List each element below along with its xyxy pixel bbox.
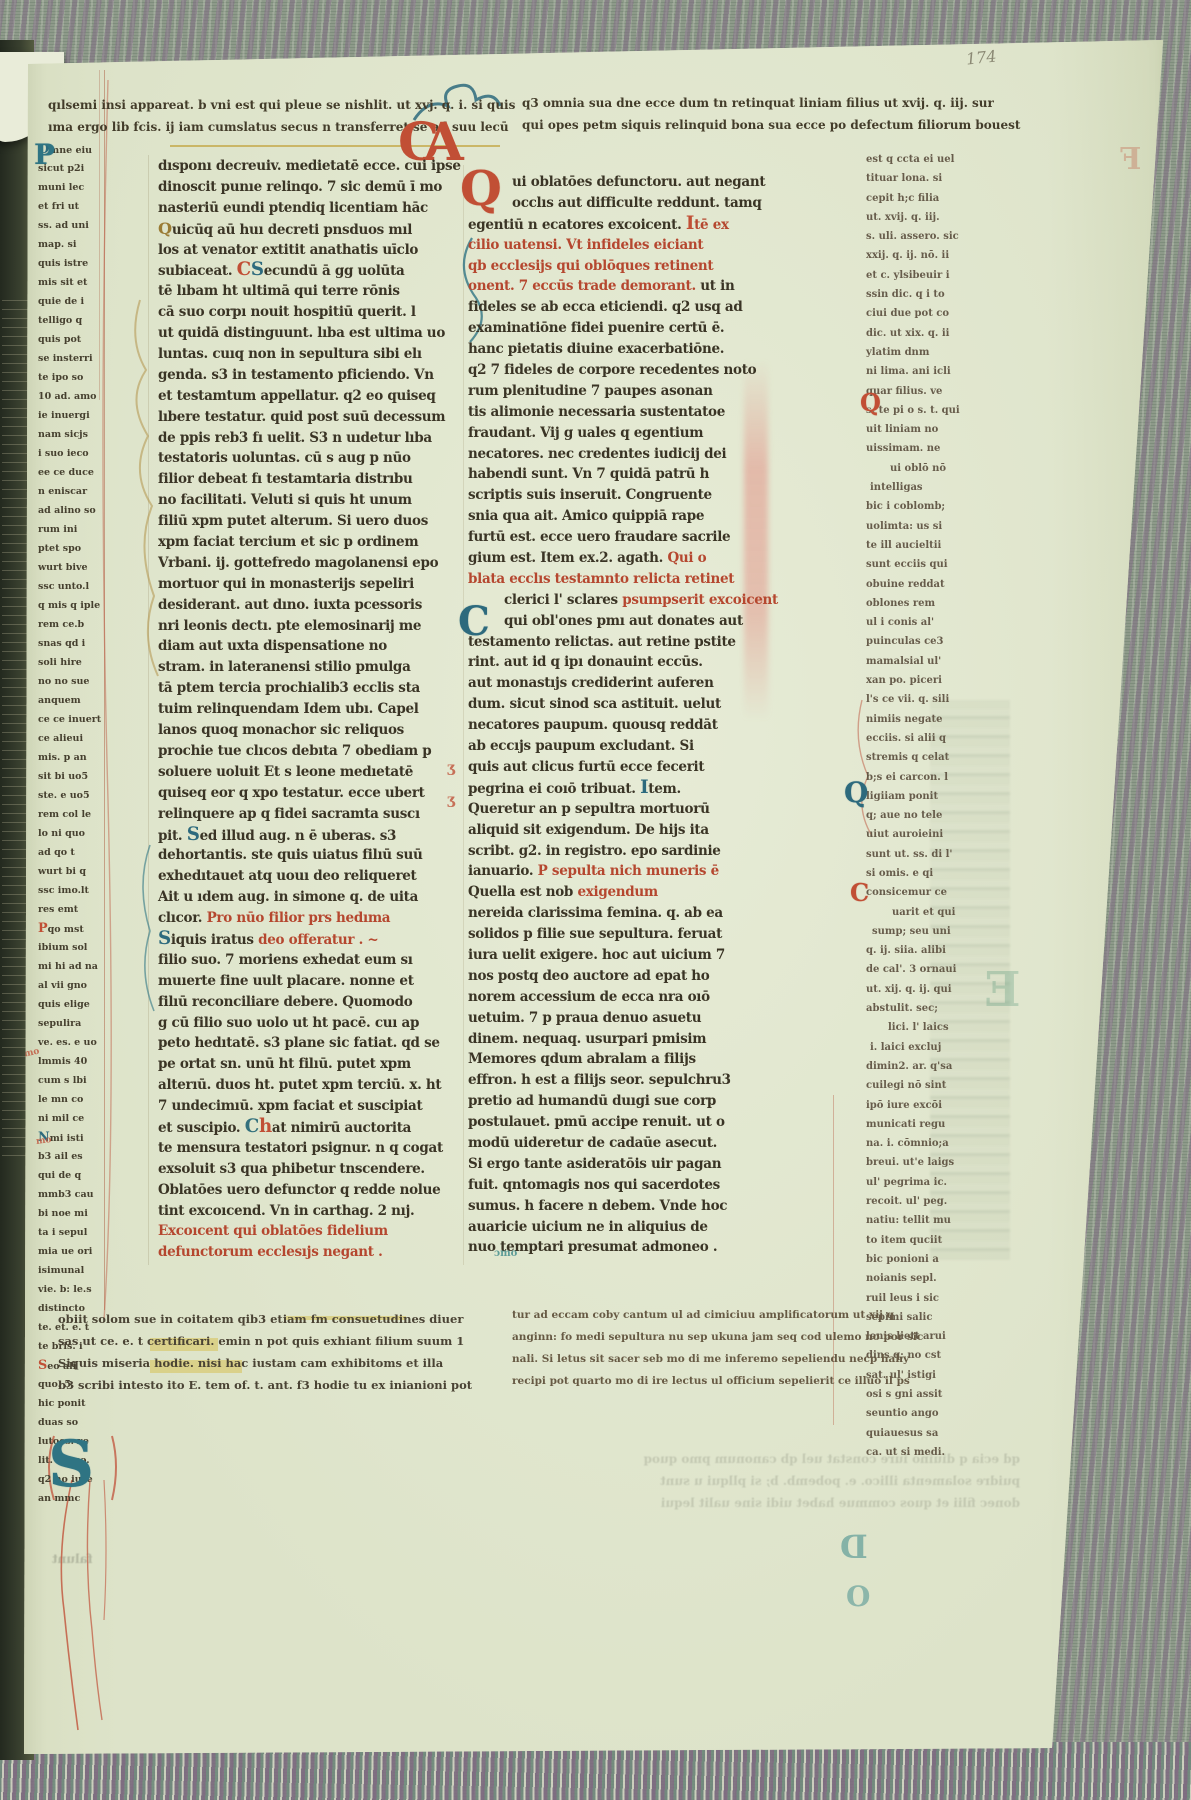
text-line: sat. ul' istigi <box>866 1366 966 1385</box>
text-line: examinatiōne fidei puenire certū ē. <box>468 318 750 339</box>
text-line: te mensura testatori psignur. n q cogat <box>158 1138 470 1159</box>
text-line: modū uideretur de cadaūe asecut. <box>468 1133 750 1154</box>
text-line: bic i coblomb; <box>866 497 966 516</box>
folio-number: 174 <box>965 46 997 68</box>
ruling-line <box>463 165 464 1265</box>
text-line: los at venator extitit anathatis uīclo <box>158 240 470 261</box>
text-line: ss. ad uni <box>38 216 130 235</box>
text-line: b3 scribi intesto ito E. tem of. t. ant.… <box>58 1374 458 1396</box>
text-line: nereida clarissima femina. q. ab ea <box>468 903 750 924</box>
text-line: i. laici excluj <box>866 1038 966 1057</box>
text-line: s. te pi o s. t. qui <box>866 401 966 420</box>
text-line: ui oblatōes defunctoru. aut negant <box>468 172 750 193</box>
text-line: stram. in lateranensi stilio pmulga <box>158 657 470 678</box>
text-line: q mis q iple <box>38 596 130 615</box>
text-line: obuine reddat <box>866 575 966 594</box>
text-line: Si ergo tante asideratōis uir pagan <box>468 1154 750 1175</box>
text-line: ul' pegrima ic. <box>866 1173 966 1192</box>
text-line: lıbere testatur. quid post suū decessum <box>158 407 470 428</box>
text-line: noianis sepl. <box>866 1269 966 1288</box>
text-line: rint. aut id q ipı donauint eccūs. <box>468 652 750 673</box>
text-line: ul i conis al' <box>866 613 966 632</box>
text-line: consicemur ce <box>866 883 966 902</box>
red-tail <box>87 1480 102 1720</box>
text-line: snas qd i <box>38 634 130 653</box>
text-line: desiderant. aut dıno. iuxta pcessoris <box>158 595 470 616</box>
text-line: rum plenitudine 7 paupes asonan <box>468 381 750 402</box>
text-line: uolimta: us si <box>866 517 966 536</box>
text-line: 10 ad. amo <box>38 387 130 406</box>
text-line: breui. ut'e laigs <box>866 1153 966 1172</box>
showthrough-initial: E <box>984 962 1021 1018</box>
text-line: postulauet. pmū accipe renuit. ut o <box>468 1112 750 1133</box>
text-line: Pqo mst <box>38 919 130 938</box>
text-line: cum s lbi <box>38 1071 130 1090</box>
text-line: scriptis suis inseruit. Congruente <box>468 485 750 506</box>
text-line: exsoluit s3 qua phibetur tnscendere. <box>158 1159 470 1180</box>
showthrough-texture <box>930 700 1010 1260</box>
text-line: sumus. h facere n debem. Vnde hoc <box>468 1196 750 1217</box>
text-line: no facilitati. Veluti si quis ht unum <box>158 490 470 511</box>
text-line: ylatim dnm <box>866 343 966 362</box>
gold-filigree <box>135 300 158 676</box>
text-line: dimin2. ar. q'sa <box>866 1057 966 1076</box>
blue-filigree <box>143 845 154 1011</box>
text-line: q2 7 fideles de corpore recedentes noto <box>468 360 750 381</box>
text-line: quo. 5. <box>38 1375 130 1394</box>
text-line: occlıs aut difficulte reddunt. tamq <box>468 193 750 214</box>
text-line: quiseq eor q xpo testatur. ecce ubert <box>158 783 470 804</box>
text-line: ianuario. P sepulta nich muneris ē <box>468 861 750 882</box>
text-line: Excoıcent qui oblatōes fidelium <box>158 1221 470 1242</box>
text-line: dum. sicut sinod sca astituit. uelut <box>468 694 750 715</box>
text-line: peto hedıtatē. s3 plane sic fatiat. qd s… <box>158 1033 470 1054</box>
text-line: dins q; no cst <box>866 1346 966 1365</box>
text-line: uiut auroieini <box>866 825 966 844</box>
text-line: ie inuergi <box>38 406 130 425</box>
text-line: Oblatōes uero defunctor q redde nolue <box>158 1180 470 1201</box>
text-line: dehortantis. ste quis uiatus filıū suū <box>158 845 470 866</box>
text-line: 7 undecimıū. xpm faciat et suscipiat <box>158 1096 470 1117</box>
text-line: recipi pot quarto mo di ire lectus ul of… <box>512 1370 912 1392</box>
text-line: mis sit et <box>38 273 130 292</box>
text-line: obiit solom sue in coitatem qib3 etiam f… <box>58 1308 458 1330</box>
text-line: anquem <box>38 691 130 710</box>
text-line: lmmis 40 <box>38 1052 130 1071</box>
text-line: nri leonis dectı. pte elemosinarij me <box>158 616 470 637</box>
text-line: si omis. e qi <box>866 864 966 883</box>
showthrough-text-line: puidre solamenta illico. e. pobemb. b; s… <box>60 1474 1020 1488</box>
text-line: ta i sepul <box>38 1223 130 1242</box>
text-line: subiaceat. CSecundū ā gg uolūta <box>158 260 470 281</box>
text-line: alterıū. duos ht. putet xpm terciū. x. h… <box>158 1075 470 1096</box>
text-line: lutoes. xe <box>38 1432 130 1451</box>
parchment-page: qd ecia q diuino iure constat uel qb can… <box>0 0 1191 1800</box>
text-line: ve. es. e uo <box>38 1033 130 1052</box>
text-line: seuntio ango <box>866 1404 966 1423</box>
text-line: mmb3 cau <box>38 1185 130 1204</box>
text-line: norem accessium de ecca nra oıō <box>468 987 750 1008</box>
text-line: soli hire <box>38 653 130 672</box>
text-line: est q ccta ei uel <box>866 150 966 169</box>
text-line: cilio uatensi. Vt infideles eiciant <box>468 235 750 256</box>
text-line: sepulira <box>38 1014 130 1033</box>
text-line: te ill aucieltii <box>866 536 966 555</box>
text-line: auaricie uicium ne in aliquius de <box>468 1217 750 1238</box>
text-line: sepimi salic <box>866 1308 966 1327</box>
text-line: hic ponit <box>38 1394 130 1413</box>
showthrough-text-line: qd ecia q diuino iure constat uel qb can… <box>60 1452 1020 1466</box>
text-line: vie. b: le.s <box>38 1280 130 1299</box>
text-line: onent. 7 eccūs trade demorant. ut in <box>468 276 750 297</box>
text-line: et c. ylsibeuir i <box>866 266 966 285</box>
text-line: gium est. Item ex.2. agath. Qui o <box>468 548 750 569</box>
text-line: stremis q celat <box>866 748 966 767</box>
text-line: uit liniam no <box>866 420 966 439</box>
text-line: recoit. ul' peg. <box>866 1192 966 1211</box>
text-line: distincto <box>38 1299 130 1318</box>
text-line: qui opes petm siquis relinquid bona sua … <box>522 114 1020 136</box>
yellow-highlight <box>150 1360 242 1373</box>
text-line: wurt bi q <box>38 862 130 881</box>
text-line: cepit h;c filia <box>866 189 966 208</box>
showthrough-initial: D <box>840 1528 868 1566</box>
text-line: quis pot <box>38 330 130 349</box>
text-line: Seo ali <box>38 1356 130 1375</box>
text-line: xan po. piceri <box>866 671 966 690</box>
text-line: ssc unto.l <box>38 577 130 596</box>
text-line: iura uelit exigere. hoc aut uicium 7 <box>468 945 750 966</box>
text-line: dic. ut xix. q. ii <box>866 324 966 343</box>
text-line: ssc imo.lt <box>38 881 130 900</box>
red-tail <box>104 1480 106 1620</box>
text-line: sunt ut. ss. di l' <box>866 845 966 864</box>
text-line: nuo temptari presumat admoneo . <box>468 1237 750 1258</box>
text-line: quar filius. ve <box>866 382 966 401</box>
text-line: dinoscit punıe relinqo. 7 sic demū ī mo <box>158 177 470 198</box>
ca-monogram: CA <box>398 112 448 173</box>
text-line: s. uli. assero. sic <box>866 227 966 246</box>
text-line: ad alino so <box>38 501 130 520</box>
text-line: qui de q <box>38 1166 130 1185</box>
text-line: ce alieui <box>38 729 130 748</box>
text-line: fideles se ab ecca eticiendi. q2 usq ad <box>468 297 750 318</box>
text-line: natiu: tellit mu <box>866 1211 966 1230</box>
text-line: b3 ail es <box>38 1147 130 1166</box>
text-line: sicut p2i <box>38 159 130 178</box>
text-line: fuit. qntomagis nos qui sacerdotes <box>468 1175 750 1196</box>
text-line: an mmc <box>38 1489 130 1508</box>
text-line: scribt. g2. in registro. epo sardinie <box>468 841 750 862</box>
text-line: ee ce duce <box>38 463 130 482</box>
paraph-mark: ʒ <box>447 760 455 776</box>
text-line: q. ij. siia. alibi <box>866 941 966 960</box>
text-line: Omne eiu <box>38 140 130 159</box>
showthrough-initial: F <box>1120 142 1141 177</box>
text-line: uetuim. 7 p praua denuo asuetu <box>468 1008 750 1029</box>
text-line: quiauesus sa <box>866 1424 966 1443</box>
text-line: cuilegi nō sint <box>866 1076 966 1095</box>
text-line: oblones rem <box>866 594 966 613</box>
text-line: te bris. i <box>38 1337 130 1356</box>
text-line: tē lıbam ht ultimā qui terre rōnis <box>158 281 470 302</box>
text-line: qb ecclesijs qui oblōques retinent <box>468 256 750 277</box>
text-line: l's ce vii. q. sili <box>866 690 966 709</box>
text-line: pretio ad humandū duıgi sue corp <box>468 1091 750 1112</box>
text-line: ruil leus i sic <box>866 1289 966 1308</box>
text-line: necatores. nec credentes iudicij dei <box>468 444 750 465</box>
text-line: pit. Sed illud aug. n ē uberas. s3 <box>158 825 470 846</box>
text-line: de ppis reb3 fı uelit. S3 n uıdetur lıba <box>158 428 470 449</box>
text-line: egentiū n ecatores excoicent. Itē ex <box>468 214 750 235</box>
gloss-column-left: Omne eiusicut p2imuni lecet fri utss. ad… <box>38 140 130 1508</box>
text-line: dısponı decreuiv. medietatē ecce. cui ip… <box>158 156 470 177</box>
text-line: quis istre <box>38 254 130 273</box>
text-line: clerici l' sclares psumpserit excoicent <box>468 590 750 611</box>
marginal-mo: mo <box>35 1135 52 1147</box>
text-line: rem ce.b <box>38 615 130 634</box>
text-line: xxij. q. ij. nō. ii <box>866 246 966 265</box>
text-line: solidos p filie sue sepultura. feruat <box>468 924 750 945</box>
text-line: testatoris uoluntas. cū s aug p nūo <box>158 448 470 469</box>
text-line: Vrbani. ij. gottefredo magolanensi epo <box>158 553 470 574</box>
quire-mark: ɔmo <box>494 1248 517 1259</box>
text-line: Quicūq aū huı decreti pnsduos mıl <box>158 219 470 240</box>
text-line: municati regu <box>866 1115 966 1134</box>
text-line: dinem. nequaq. usurpari pmisim <box>468 1029 750 1050</box>
text-line: mortuor qui in monasterijs sepeliri <box>158 574 470 595</box>
text-line: to item quciit <box>866 1231 966 1250</box>
text-line: hanc pietatis diuine exacerbatiōne. <box>468 339 750 360</box>
text-line: prochie tue clıcos debıta 7 obediam p <box>158 741 470 762</box>
text-line: ad qo t <box>38 843 130 862</box>
showthrough-initial: O <box>846 1580 870 1613</box>
text-line: xpm faciat tercium et sic p ordinem <box>158 532 470 553</box>
gloss-column-right: est q ccta ei ueltituar lona. sicepit h;… <box>866 150 966 1462</box>
text-line: lanos quoq monachor sic reliquos <box>158 720 470 741</box>
text-line: filio suo. 7 moriens exhedat eum sı <box>158 950 470 971</box>
text-line: rum ini <box>38 520 130 539</box>
gold-underline <box>170 145 500 147</box>
text-line: mamalsial ul' <box>866 652 966 671</box>
text-line: nimiis negate <box>866 710 966 729</box>
pen-flourishes <box>0 0 1191 1800</box>
text-line: Quella est nob exigendum <box>468 882 750 903</box>
text-line: le mn co <box>38 1090 130 1109</box>
text-line: ıma ergo lib fcis. ij iam cumslatus secu… <box>48 116 515 138</box>
text-line: res emt <box>38 900 130 919</box>
text-line: ptet spo <box>38 539 130 558</box>
text-line: ut. xvij. q. iij. <box>866 208 966 227</box>
text-line: soluere uoluit Et s leone medıetatē <box>158 762 470 783</box>
text-line: ligiiam ponit <box>866 787 966 806</box>
manuscript-photo: { "page": { "folio_number": "174", "mono… <box>0 0 1191 1800</box>
text-line: filior debeat fı testamtaria distrıbu <box>158 469 470 490</box>
text-line: sas ut ce. e. t certificari. emin n pot … <box>58 1330 458 1352</box>
text-line: nasteriū eundi ptendiq licentiam hāc <box>158 198 470 219</box>
text-line: habendi sunt. Vn 7 quidā patrū h <box>468 464 750 485</box>
text-line: qılsemi insi appareat. b vni est qui ple… <box>48 94 515 116</box>
text-line: sunt ecciis qui <box>866 555 966 574</box>
text-line: quie de i <box>38 292 130 311</box>
bottom-gloss-left: obiit solom sue in coitatem qib3 etiam f… <box>58 1308 458 1396</box>
text-line: diam aut uxta dispensatione no <box>158 636 470 657</box>
text-line: n eniscar <box>38 482 130 501</box>
text-line: na. i. cōmnio;a <box>866 1134 966 1153</box>
text-line: tuim relinquendam Idem ubı. Capel <box>158 699 470 720</box>
text-line: abstulit. sec; <box>866 999 966 1018</box>
marginal-mo: mo <box>23 1046 40 1059</box>
s-initial-penwork <box>49 1436 116 1500</box>
text-line: duas so <box>38 1413 130 1432</box>
text-line: tis alimonie necessaria sustentatoe <box>468 402 750 423</box>
text-line: ab eccıjs paupum excludant. Si <box>468 736 750 757</box>
facing-page-edge-text <box>2 300 28 1160</box>
text-line: ce ce inuert <box>38 710 130 729</box>
ca-flourish <box>414 85 500 120</box>
text-line: cā suo corpı nouit hospitiū querit. l <box>158 302 470 323</box>
text-line: clıcor. Pro nūo filior prs hedıma <box>158 908 470 929</box>
text-line: ipō iure excōi <box>866 1096 966 1115</box>
text-line: mia ue ori <box>38 1242 130 1261</box>
text-line: q; aue no tele <box>866 806 966 825</box>
text-line: ssin dic. q i to <box>866 285 966 304</box>
initial-c-red-gloss-right: C <box>850 882 869 904</box>
text-line: ste. e uo5 <box>38 786 130 805</box>
text-line: ecciis. si alii q <box>866 729 966 748</box>
text-line: se insterri <box>38 349 130 368</box>
text-line: testamento relictas. aut retine pstite <box>468 632 750 653</box>
text-line: ibium sol <box>38 938 130 957</box>
ruling-line <box>99 70 100 400</box>
text-line: uarit et qui <box>866 903 966 922</box>
text-line: quis elige <box>38 995 130 1014</box>
showthrough-word: falunt <box>52 1552 93 1566</box>
bottom-gloss-right: tur ad eccam coby cantum ul ad cimiciuu … <box>512 1304 912 1392</box>
running-header-left: qılsemi insi appareat. b vni est qui ple… <box>48 94 515 138</box>
text-line: lici. l' laics <box>866 1018 966 1037</box>
text-line: rem col le <box>38 805 130 824</box>
text-line: mis. p an <box>38 748 130 767</box>
text-line: Memores qdum abralam a filijs <box>468 1049 750 1070</box>
text-line: ni mil ce <box>38 1109 130 1128</box>
text-line: al vii gno <box>38 976 130 995</box>
text-line: Siquis miseria hodie. nisi hac iustam ca… <box>58 1352 458 1374</box>
yellow-highlight <box>286 1316 406 1320</box>
text-line: ciui due pot co <box>866 304 966 323</box>
text-line: tur ad eccam coby cantum ul ad cimiciuu … <box>512 1304 912 1326</box>
text-line: q2 no iure <box>38 1470 130 1489</box>
text-line: te. et. e. t <box>38 1318 130 1337</box>
text-line: defunctorum ecclesıjs negant . <box>158 1242 470 1263</box>
gloss-flourish <box>858 700 872 836</box>
yellow-highlight <box>150 1338 218 1351</box>
red-border-flourish <box>103 80 111 1320</box>
text-line: Queretur an p sepultra mortuorū <box>468 799 750 820</box>
main-text-column-2: ui oblatōes defunctoru. aut negantocclıs… <box>468 172 750 1258</box>
text-line: i suo ieco <box>38 444 130 463</box>
text-line: tint excoıcend. Vn in carthag. 2 nıj. <box>158 1201 470 1222</box>
text-line: Siquis iratus deo offeratur . ~ <box>158 929 470 950</box>
text-line: wurt bive <box>38 558 130 577</box>
text-line: puinculas ce3 <box>866 632 966 651</box>
text-line: sump; seu uni <box>866 922 966 941</box>
running-header-right: q3 omnia sua dne ecce dum tn retinquat l… <box>522 92 1020 136</box>
showthrough-text-line: donec filii et quos commue habet uidi si… <box>60 1496 1020 1510</box>
ruling-line <box>104 70 105 1310</box>
text-line: g cū filio suo uolo ut ht pacē. cuı ap <box>158 1013 470 1034</box>
text-line: q3 omnia sua dne ecce dum tn retinquat l… <box>522 92 1020 114</box>
initial-s-teal-bottom: S <box>48 1436 94 1494</box>
text-line: uissimam. ne <box>866 439 966 458</box>
text-line: bic ponioni a <box>866 1250 966 1269</box>
text-line: blata ecclıs testamnto relicta retinet <box>468 569 750 590</box>
text-line: pe ortat sn. unū ht filıū. putet xpm <box>158 1054 470 1075</box>
text-line: et fri ut <box>38 197 130 216</box>
text-line: exhedıtauet atq uouı deo reliqueret <box>158 866 470 887</box>
ruling-line <box>833 1095 834 1425</box>
text-line: aliquid sit exigendum. De hijs ita <box>468 820 750 841</box>
red-tail <box>61 1480 78 1730</box>
text-line: nali. Si letus sit sacer seb mo di me in… <box>512 1348 912 1370</box>
showthrough-pink <box>744 360 768 720</box>
initial-c-blue-col2: C <box>458 604 490 640</box>
text-line: Ait u ıdem aug. in simone q. de uita <box>158 887 470 908</box>
ruling-line <box>148 155 149 1265</box>
text-line: tituar lona. si <box>866 169 966 188</box>
text-line: no no sue <box>38 672 130 691</box>
text-line: ut. xij. q. ij. qui <box>866 980 966 999</box>
text-line: et testamtum appellatur. q2 eo quiseq <box>158 386 470 407</box>
text-line: ui oblō nō <box>866 459 966 478</box>
text-line: fraudant. Vij g uales q egentium <box>468 423 750 444</box>
text-line: snia qua ait. Amico quippiā rape <box>468 506 750 527</box>
text-line: luntas. cuıq non in sepultura sibi elı <box>158 344 470 365</box>
text-line: furtū est. ecce uero fraudare sacrile <box>468 527 750 548</box>
text-line: isimunal <box>38 1261 130 1280</box>
text-line: osi s gni assit <box>866 1385 966 1404</box>
text-line: lo ni quo <box>38 824 130 843</box>
text-line: et suscipio. Chat nimirū auctorita <box>158 1117 470 1138</box>
initial-q-blue-gloss-right: Q <box>844 780 868 805</box>
text-line: aut monastıjs crediderint auferen <box>468 673 750 694</box>
text-line: map. si <box>38 235 130 254</box>
text-line: genda. s3 in testamento pficiendo. Vn <box>158 365 470 386</box>
initial-q-red-col2: Q <box>460 168 502 211</box>
text-line: de cal'. 3 ornaui <box>866 960 966 979</box>
text-line: ca. ut si medi. <box>866 1443 966 1462</box>
text-line: b;s ei carcon. l <box>866 768 966 787</box>
text-line: intelligas <box>866 478 966 497</box>
text-line: tā ptem tercia prochialib3 ecclis sta <box>158 678 470 699</box>
text-line: muıerte fine uult placare. nonne et <box>158 971 470 992</box>
text-line: anginn: fo medi sepultura nu sep ukuna j… <box>512 1326 912 1348</box>
text-line: te ipo so <box>38 368 130 387</box>
text-line: necatores paupum. quousq reddāt <box>468 715 750 736</box>
text-line: muni lec <box>38 178 130 197</box>
text-line: relinquere ap q fidei sacramta suscı <box>158 804 470 825</box>
text-line: nam sicjs <box>38 425 130 444</box>
text-line: sit bi uo5 <box>38 767 130 786</box>
paraph-mark: ʒ <box>447 792 455 808</box>
initial-p-teal-gloss-left: P <box>34 142 55 167</box>
text-line: filıū reconciliare debere. Quomodo <box>158 992 470 1013</box>
text-line: filiū xpm putet alterum. Si uero duos <box>158 511 470 532</box>
text-line: mi hi ad na <box>38 957 130 976</box>
text-line: lenis liett arui <box>866 1327 966 1346</box>
text-line: qui obl'ones pmı aut donates aut <box>468 611 750 632</box>
q-initial-tail <box>464 238 482 342</box>
